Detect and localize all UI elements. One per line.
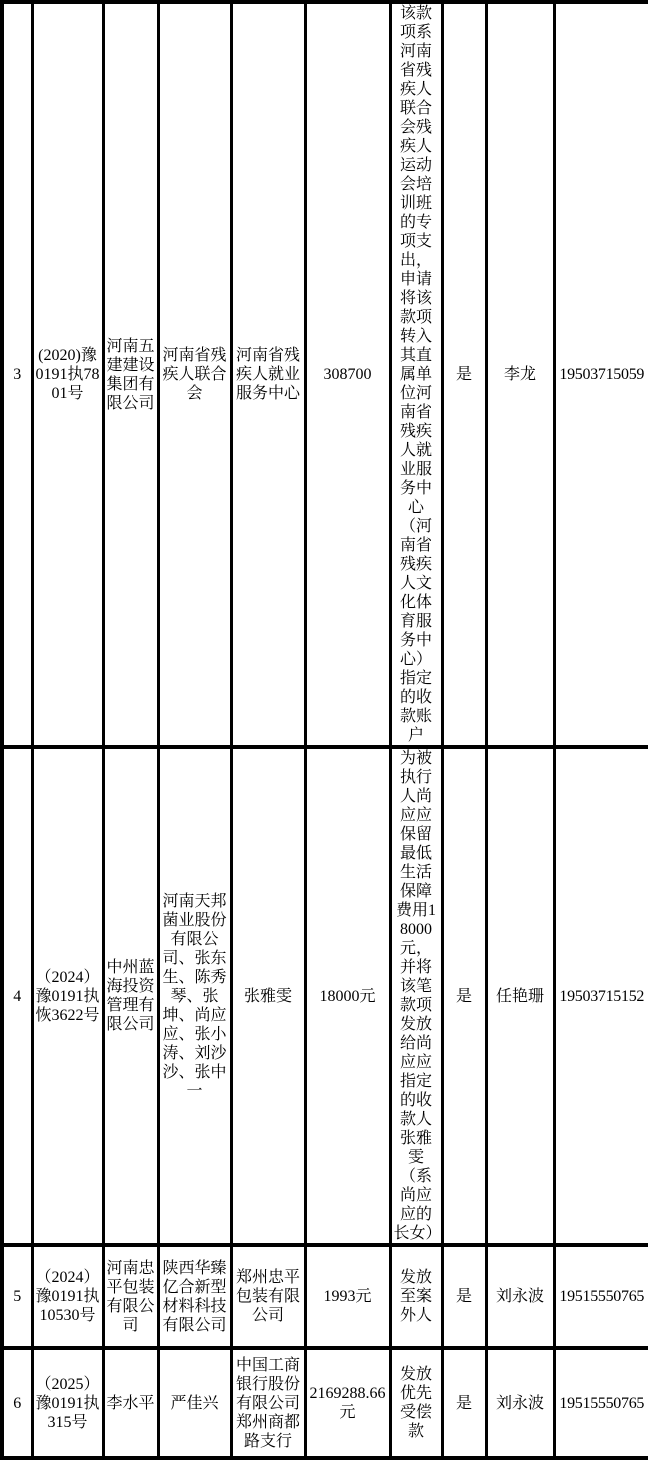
row-number: 4 [2, 747, 32, 1245]
released-flag: 是 [442, 1245, 486, 1348]
contact-name: 刘永波 [486, 1245, 554, 1348]
case-number: （2024）豫0191执10530号 [32, 1245, 103, 1348]
contact-phone: 19503715152 [554, 747, 648, 1245]
amount-value: 18000元 [305, 747, 390, 1245]
released-flag: 是 [442, 2, 486, 747]
amount-value: 308700 [305, 2, 390, 747]
case-payout-table: 3 (2020)豫0191执7801号 河南五建建设集团有限公司 河南省残疾人联… [0, 0, 648, 1460]
payee-name: 河南省残疾人就业服务中心 [231, 2, 305, 747]
payee-name: 中国工商银行股份有限公司郑州商都路支行 [231, 1348, 305, 1458]
row-number: 6 [2, 1348, 32, 1458]
contact-phone: 19503715059 [554, 2, 648, 747]
table-row: 4 （2024）豫0191执恢3622号 中州蓝海投资管理有限公司 河南天邦菌业… [2, 747, 648, 1245]
table-row: 5 （2024）豫0191执10530号 河南忠平包装有限公司 陕西华臻亿合新型… [2, 1245, 648, 1348]
parties-names: 严佳兴 [158, 1348, 231, 1458]
amount-value: 1993元 [305, 1245, 390, 1348]
case-number: （2025）豫0191执315号 [32, 1348, 103, 1458]
applicant-name: 中州蓝海投资管理有限公司 [103, 747, 158, 1245]
released-flag: 是 [442, 1348, 486, 1458]
applicant-name: 河南五建建设集团有限公司 [103, 2, 158, 747]
parties-names: 河南省残疾人联合会 [158, 2, 231, 747]
amount-value: 2169288.66元 [305, 1348, 390, 1458]
note-text: 发放优先受偿款 [390, 1348, 442, 1458]
table-row: 3 (2020)豫0191执7801号 河南五建建设集团有限公司 河南省残疾人联… [2, 2, 648, 747]
parties-names: 河南天邦菌业股份有限公司、张东生、陈秀琴、张坤、尚应应、张小涛、刘沙沙、张中一 [158, 747, 231, 1245]
case-number: (2020)豫0191执7801号 [32, 2, 103, 747]
released-flag: 是 [442, 747, 486, 1245]
contact-name: 李龙 [486, 2, 554, 747]
note-text: 为被执行人尚应应保留最低生活保障费用18000元，并将该笔款项发放给尚应应指定的… [390, 747, 442, 1245]
applicant-name: 李水平 [103, 1348, 158, 1458]
applicant-name: 河南忠平包装有限公司 [103, 1245, 158, 1348]
contact-phone: 19515550765 [554, 1245, 648, 1348]
payee-name: 张雅雯 [231, 747, 305, 1245]
payee-name: 郑州忠平包装有限公司 [231, 1245, 305, 1348]
table-row: 6 （2025）豫0191执315号 李水平 严佳兴 中国工商银行股份有限公司郑… [2, 1348, 648, 1458]
row-number: 5 [2, 1245, 32, 1348]
contact-name: 任艳珊 [486, 747, 554, 1245]
parties-names: 陕西华臻亿合新型材料科技有限公司 [158, 1245, 231, 1348]
note-text: 发放至案外人 [390, 1245, 442, 1348]
case-number: （2024）豫0191执恢3622号 [32, 747, 103, 1245]
contact-phone: 19515550765 [554, 1348, 648, 1458]
contact-name: 刘永波 [486, 1348, 554, 1458]
row-number: 3 [2, 2, 32, 747]
note-text: 该款项系河南省残疾人联合会残疾人运动会培训班的专项支出，申请将该款项转入其直属单… [390, 2, 442, 747]
